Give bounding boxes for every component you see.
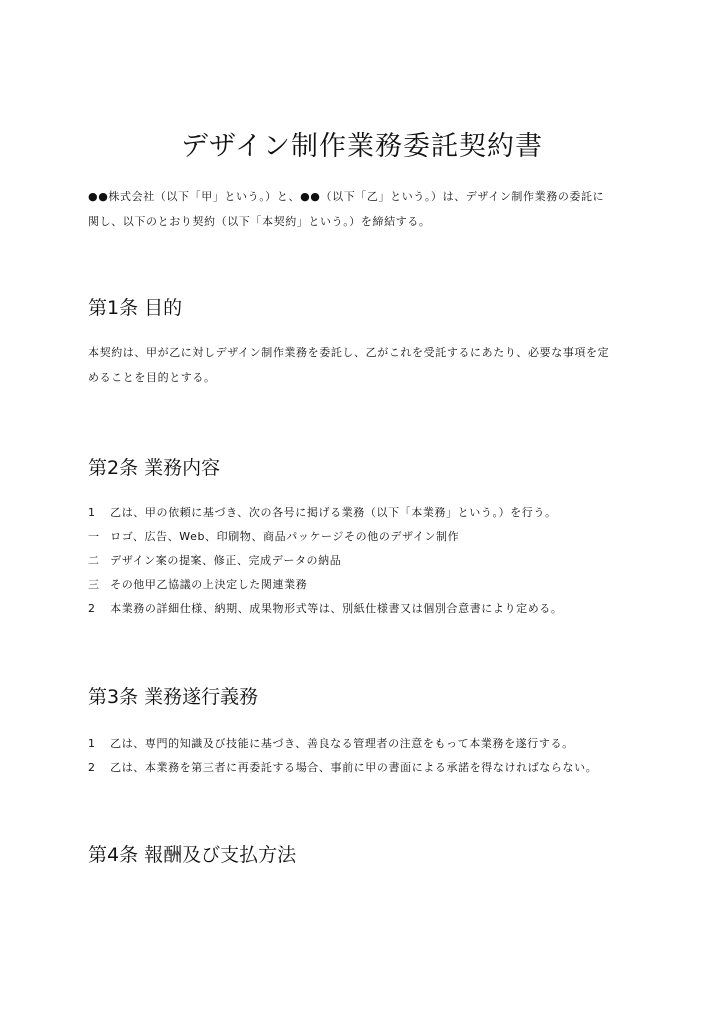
article-2-item: 1 乙は、甲の依頼に基づき、次の各号に掲げる業務（以下「本業務」という。）を行う… <box>88 504 557 520</box>
item-number: 二 <box>88 552 106 568</box>
item-number: 2 <box>88 761 106 774</box>
article-2-item: 三 その他甲乙協議の上決定した関連業務 <box>88 576 307 592</box>
article-3-item: 2 乙は、本業務を第三者に再委託する場合、事前に甲の書面による承諾を得なければな… <box>88 759 597 775</box>
document-page: デザイン制作業務委託契約書 ●●株式会社（以下「甲」という。）と、●●（以下「乙… <box>0 0 724 1024</box>
preamble: ●●株式会社（以下「甲」という。）と、●●（以下「乙」という。）は、デザイン制作… <box>88 184 648 234</box>
body-line: めることを目的とする。 <box>88 365 648 390</box>
article-2-item: 2 本業務の詳細仕様、納期、成果物形式等は、別紙仕様書又は個別合意書により定める… <box>88 600 563 616</box>
article-3-item: 1 乙は、専門的知識及び技能に基づき、善良なる管理者の注意をもって本業務を遂行す… <box>88 735 574 751</box>
item-number: 三 <box>88 576 106 592</box>
article-1-heading: 第1条 目的 <box>88 293 182 320</box>
preamble-line: 関し、以下のとおり契約（以下「本契約」という。）を締結する。 <box>88 209 648 234</box>
document-title: デザイン制作業務委託契約書 <box>0 124 724 163</box>
item-text: 乙は、本業務を第三者に再委託する場合、事前に甲の書面による承諾を得なければならな… <box>110 761 597 774</box>
article-4-heading: 第4条 報酬及び支払方法 <box>88 840 296 867</box>
item-text: 本業務の詳細仕様、納期、成果物形式等は、別紙仕様書又は個別合意書により定める。 <box>110 602 562 615</box>
body-line: 本契約は、甲が乙に対しデザイン制作業務を委託し、乙がこれを受託するにあたり、必要… <box>88 340 648 365</box>
item-number: 1 <box>88 737 106 750</box>
item-text: その他甲乙協議の上決定した関連業務 <box>110 578 307 591</box>
article-3-heading: 第3条 業務遂行義務 <box>88 682 258 709</box>
article-2-item: 一 ロゴ、広告、Web、印刷物、商品パッケージその他のデザイン制作 <box>88 528 459 544</box>
article-1-body: 本契約は、甲が乙に対しデザイン制作業務を委託し、乙がこれを受託するにあたり、必要… <box>88 340 648 390</box>
item-text: 乙は、甲の依頼に基づき、次の各号に掲げる業務（以下「本業務」という。）を行う。 <box>110 506 556 519</box>
item-text: 乙は、専門的知識及び技能に基づき、善良なる管理者の注意をもって本業務を遂行する。 <box>110 737 574 750</box>
item-text: デザイン案の提案、修正、完成データの納品 <box>110 554 341 567</box>
item-number: 2 <box>88 602 106 615</box>
article-2-item: 二 デザイン案の提案、修正、完成データの納品 <box>88 552 341 568</box>
article-2-heading: 第2条 業務内容 <box>88 453 220 480</box>
item-text: ロゴ、広告、Web、印刷物、商品パッケージその他のデザイン制作 <box>110 530 459 543</box>
item-number: 一 <box>88 528 106 544</box>
preamble-line: ●●株式会社（以下「甲」という。）と、●●（以下「乙」という。）は、デザイン制作… <box>88 184 648 209</box>
item-number: 1 <box>88 506 106 519</box>
